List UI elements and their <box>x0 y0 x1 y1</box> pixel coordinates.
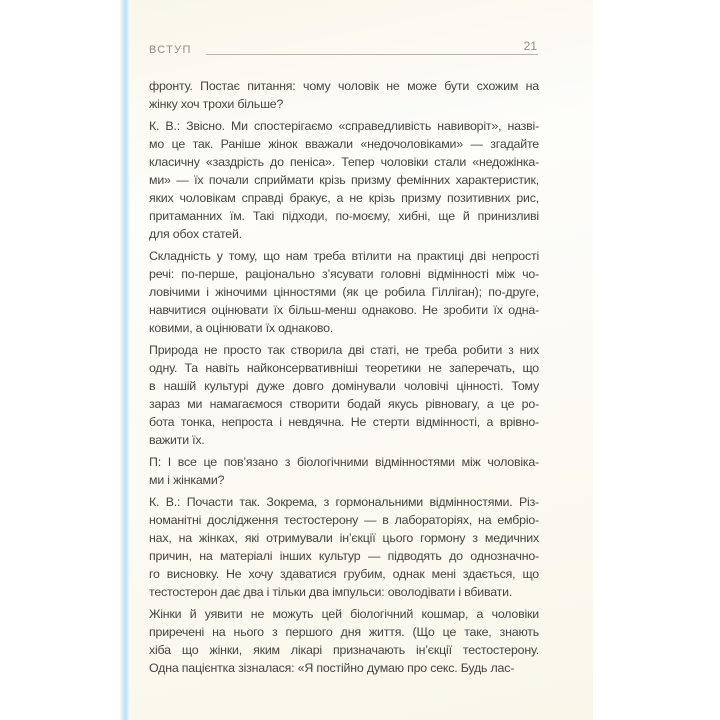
paragraph: К. В.: Звісно. Ми спостерігаємо «справед… <box>149 117 539 243</box>
text-line: речі: по-перше, раціонально з’ясувати го… <box>149 265 539 283</box>
text-line: причин, на матеріалі інших культур — під… <box>149 547 539 565</box>
page-number: 21 <box>524 39 537 53</box>
text-line: ловічими і жіночими цінностями (як це ро… <box>149 283 539 301</box>
text-line: яких чоловікам справді бракує, а не кріз… <box>149 189 539 207</box>
text-line: ми» — їх почали сприймати крізь призму ф… <box>149 171 539 189</box>
text-line: фронту. Постає питання: чому чоловік не … <box>149 77 539 95</box>
text-line: нах, на жінках, які отримували ін’єкції … <box>149 529 539 547</box>
paragraph: Природа не просто так створила дві статі… <box>149 341 539 449</box>
text-line: Одна пацієнтка зізналася: «Я постійно ду… <box>149 659 539 677</box>
text-line: го висновку. Не хочу здаватися грубим, о… <box>149 565 539 583</box>
text-line: одну. Та навіть найконсервативніші теоре… <box>149 359 539 377</box>
text-line: ми і жінками? <box>149 471 539 489</box>
text-line: ковими, а оцінювати їх однаково. <box>149 319 539 337</box>
header-rule <box>206 54 538 55</box>
text-line: бота тонка, непроста і невдячна. Не стер… <box>149 413 539 431</box>
text-line: приречені на нього з першого дня життя. … <box>149 623 539 641</box>
text-line: зараз ми намагаємося створити бодай якус… <box>149 395 539 413</box>
page-body: фронту. Постає питання: чому чоловік не … <box>149 77 539 681</box>
text-line: П: І все це пов’язано з біологічними від… <box>149 453 539 471</box>
text-line: хіба що жінки, яким лікарі призначають і… <box>149 641 539 659</box>
text-line: Складність у тому, що нам треба втілити … <box>149 247 539 265</box>
text-line: важити їх. <box>149 431 539 449</box>
paragraph: Складність у тому, що нам треба втілити … <box>149 247 539 337</box>
paragraph: П: І все це пов’язано з біологічними від… <box>149 453 539 489</box>
paragraph: фронту. Постає питання: чому чоловік не … <box>149 77 539 113</box>
paragraph: К. В.: Почасти так. Зокрема, з гормональ… <box>149 493 539 601</box>
section-title: ВСТУП <box>149 44 192 56</box>
running-header: ВСТУП 21 <box>149 40 538 57</box>
text-line: класичну «заздрість до пеніса». Тепер чо… <box>149 153 539 171</box>
text-line: К. В.: Почасти так. Зокрема, з гормональ… <box>149 493 539 511</box>
text-line: жінку хоч трохи більше? <box>149 95 539 113</box>
scan-background: ВСТУП 21 фронту. Постає питання: чому чо… <box>0 0 720 720</box>
text-line: номанітні дослідження тестостерону — в л… <box>149 511 539 529</box>
text-line: в нашій культурі дуже довго домінували ч… <box>149 377 539 395</box>
text-line: притаманних їм. Такі підходи, по-моєму, … <box>149 207 539 225</box>
paragraph: Жінки й уявити не можуть цей біологічний… <box>149 605 539 677</box>
text-line: Природа не просто так створила дві статі… <box>149 341 539 359</box>
text-line: К. В.: Звісно. Ми спостерігаємо «справед… <box>149 117 539 135</box>
text-line: мо це так. Раніше жінок вважали «недочол… <box>149 135 539 153</box>
text-line: навчитися оцінювати їх більш-менш однако… <box>149 301 539 319</box>
text-line: для обох статей. <box>149 225 539 243</box>
text-line: Жінки й уявити не можуть цей біологічний… <box>149 605 539 623</box>
book-page: ВСТУП 21 фронту. Постає питання: чому чо… <box>130 0 593 720</box>
text-line: тестостерон дає два і тільки два імпульс… <box>149 583 539 601</box>
